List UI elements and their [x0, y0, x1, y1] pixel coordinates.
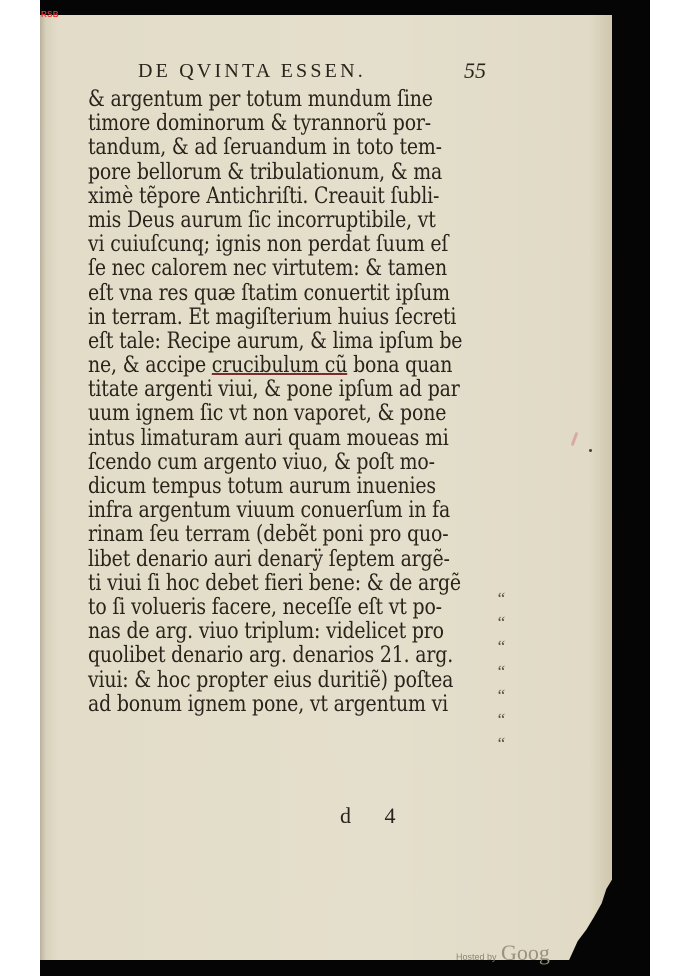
marginal-quote-marks: “ “ “ “ “ “ “	[496, 587, 536, 756]
ink-underline: crucibulum cũ	[212, 352, 347, 378]
text-line: ſcendo cum argento viuo, & poſt mo-	[88, 450, 432, 474]
quote-mark: “	[496, 660, 536, 684]
text-line: in terram. Et magiſterium huius ſecreti	[88, 305, 432, 329]
watermark-brand: Goog	[501, 940, 550, 965]
text-line: dicum tempus totum aurum inuenies	[88, 474, 432, 498]
quote-mark: “	[496, 635, 536, 659]
signature-mark: d 4	[340, 803, 410, 829]
library-mark: RSB	[41, 10, 59, 19]
text-line: infra argentum viuum conuerſum in fa	[88, 498, 432, 522]
text-line: eſt tale: Recipe aurum, & lima ipſum be	[88, 329, 432, 353]
text-segment: bona quan	[347, 352, 452, 378]
text-line: vi cuiuſcunq; ignis non perdat ſuum eſ	[88, 232, 432, 256]
text-line: titate argenti viui, & pone ipſum ad par	[88, 377, 432, 401]
quote-mark: “	[496, 732, 536, 756]
text-line: to ſi volueris facere, neceſſe eſt vt po…	[88, 595, 432, 619]
quote-mark: “	[496, 611, 536, 635]
text-line: & argentum per totum mundum ſine	[88, 87, 432, 111]
quote-mark: “	[496, 684, 536, 708]
quote-mark: “	[496, 587, 536, 611]
body-text: & argentum per totum mundum ſine timore …	[88, 87, 498, 716]
text-line: uum ignem ſic vt non vaporet, & pone	[88, 401, 432, 425]
text-line: timore dominorum & tyrannorũ por-	[88, 111, 432, 135]
page-number: 55	[464, 58, 486, 84]
running-head: DE QVINTA ESSEN.	[138, 60, 366, 83]
text-line: rinam ſeu terram (debẽt poni pro quo-	[88, 522, 432, 546]
text-line: ad bonum ignem pone, vt argentum vi	[88, 692, 432, 716]
quote-mark: “	[496, 708, 536, 732]
text-line-underlined: ne, & accipe crucibulum cũ bona quan	[88, 353, 432, 377]
text-line: quolibet denario arg. denarios 21. arg.	[88, 643, 432, 667]
text-segment: ne, & accipe	[88, 352, 206, 378]
text-line: intus limaturam auri quam moueas mi	[88, 426, 432, 450]
text-line: tandum, & ad ſeruandum in toto tem-	[88, 135, 432, 159]
hosted-by-watermark: Hosted by Goog	[456, 940, 550, 966]
text-line: eſt vna res quæ ſtatim conuertit ipſum	[88, 281, 432, 305]
text-line: mis Deus aurum ſic incorruptibile, vt	[88, 208, 432, 232]
text-line: viui: & hoc propter eius duritiẽ) poſtea	[88, 668, 432, 692]
text-line: ximè tẽpore Antichriſti. Creauit ſubli-	[88, 184, 432, 208]
text-line: nas de arg. viuo triplum: videlicet pro	[88, 619, 432, 643]
text-line: ſe nec calorem nec virtutem: & tamen	[88, 256, 432, 280]
watermark-prefix: Hosted by	[456, 952, 497, 962]
text-line: pore bellorum & tribulationum, & ma	[88, 160, 432, 184]
paper-speck	[589, 449, 592, 452]
text-line: ti viui ſi hoc debet fieri bene: & de ar…	[88, 571, 432, 595]
text-line: libet denario auri denarÿ ſeptem argẽ-	[88, 547, 432, 571]
